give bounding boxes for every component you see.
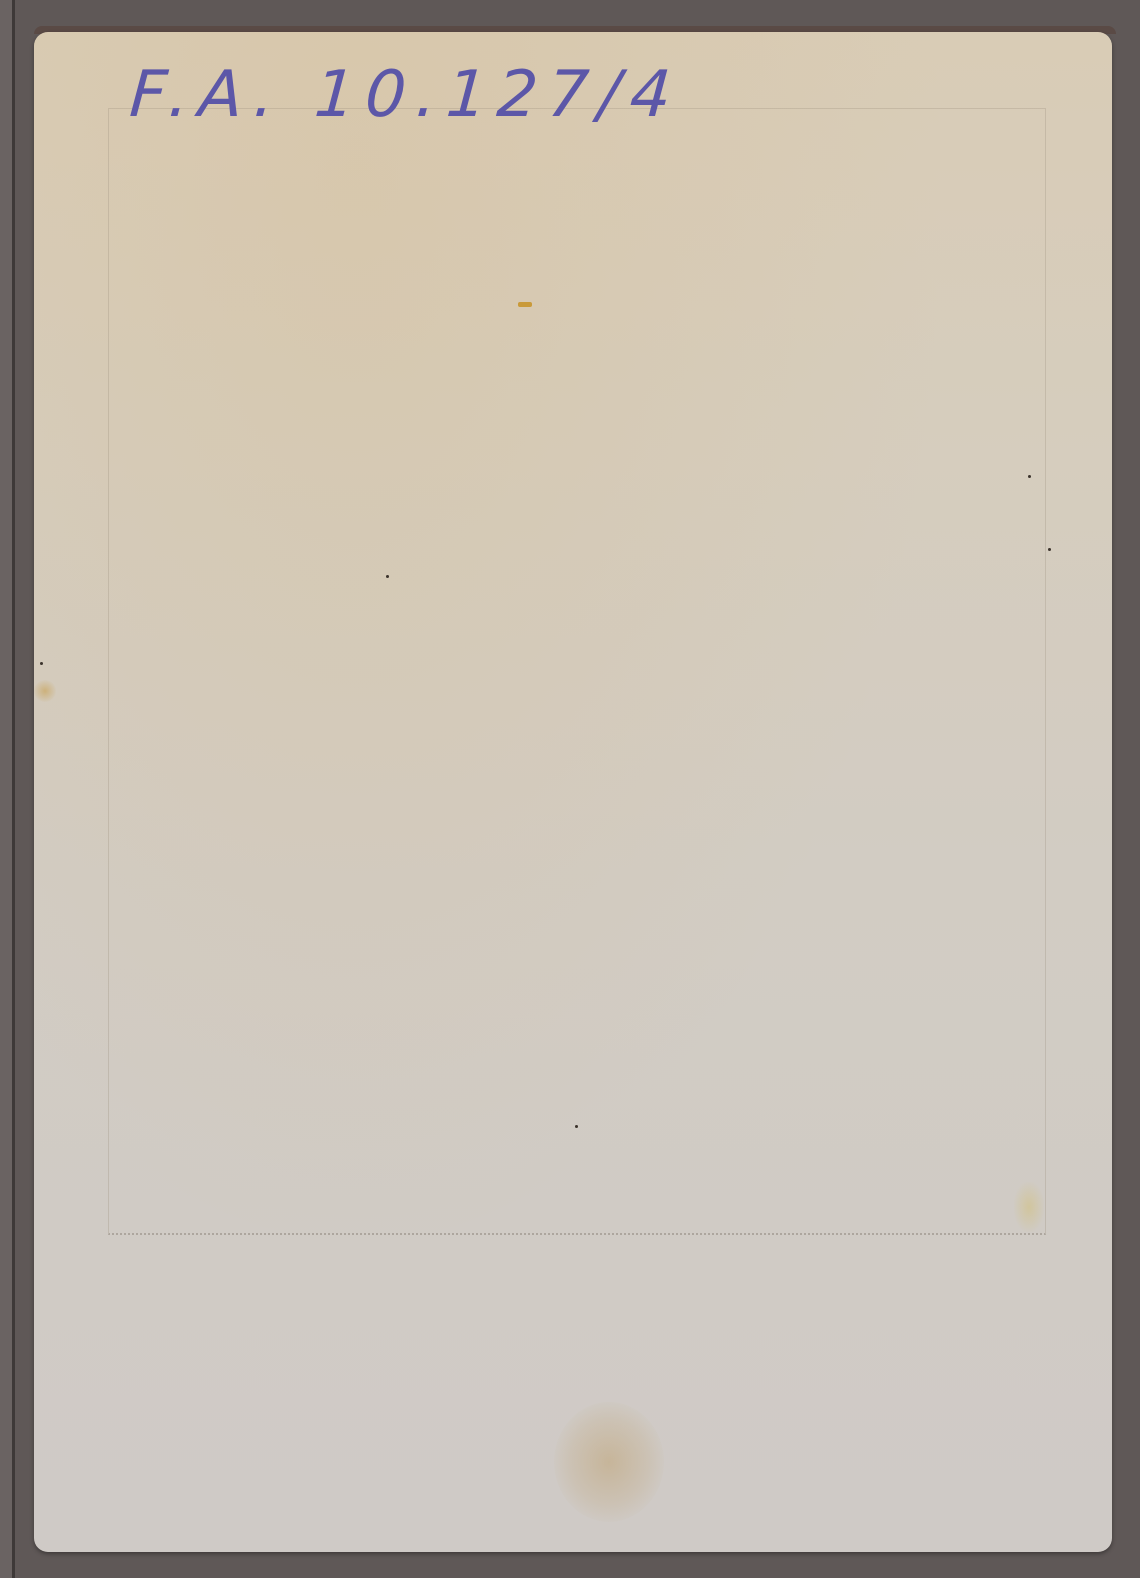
orange-fleck [518, 302, 532, 307]
speck [40, 662, 43, 665]
card-mount-back: F.A. 10.127/4 [34, 32, 1112, 1552]
handwritten-inventory-number: F.A. 10.127/4 [127, 58, 683, 132]
speck [1028, 475, 1031, 478]
corner-stain [1014, 1182, 1044, 1232]
speck [386, 575, 389, 578]
bottom-foxing-stain [554, 1402, 664, 1522]
speck [1048, 548, 1051, 551]
backdrop-edge [0, 0, 15, 1578]
left-edge-stain [34, 680, 56, 702]
plate-mark-outline [108, 108, 1046, 1235]
speck [575, 1125, 578, 1128]
